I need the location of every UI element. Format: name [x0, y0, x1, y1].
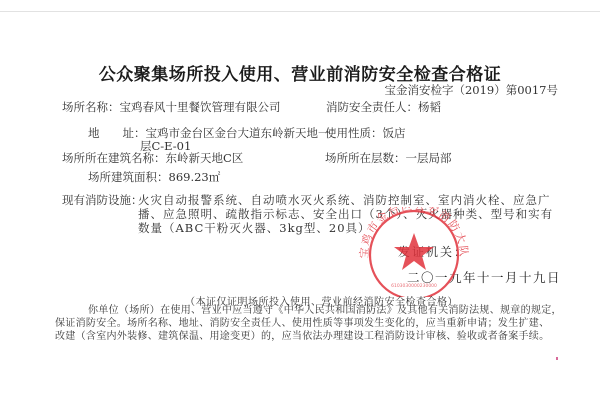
venue-name-label: 场所名称：: [62, 100, 120, 114]
document-number: 宝金消安检字（2019）第0017号: [384, 82, 558, 98]
floor-row: 场所所在层数：一层局部: [325, 150, 452, 166]
facilities-label: 现有消防设施：: [62, 193, 143, 207]
address-label: 地 址：: [88, 126, 146, 140]
svg-text:6103030000230000: 6103030000230000: [391, 283, 437, 289]
building-label: 场所所在建筑名称：: [62, 151, 166, 165]
scan-speck: [556, 357, 558, 360]
usage-label: 使用性质：: [325, 126, 383, 140]
area-value: 869.23㎡: [169, 170, 221, 184]
venue-name-row: 场所名称：宝鸡春风十里餐饮管理有限公司: [62, 99, 281, 115]
usage-row: 使用性质：饭店: [325, 125, 406, 141]
building-row: 场所所在建筑名称：东岭新天地C区: [62, 150, 243, 166]
notice-line-1: 你单位（场所）在使用、营业中应当遵守《中华人民共和国消防法》及其他有关消防法规、…: [55, 304, 575, 317]
official-seal-icon: 宝鸡市金台区公安消防大队 6103030000230000: [355, 207, 473, 297]
scan-edge-line: [0, 11, 600, 12]
building-value: 东岭新天地C区: [166, 151, 244, 165]
notice-paragraph: 你单位（场所）在使用、营业中应当遵守《中华人民共和国消防法》及其他有关消防法规、…: [55, 304, 575, 343]
venue-name-value: 宝鸡春风十里餐饮管理有限公司: [120, 100, 281, 114]
notice-line-2: 保证消防安全。场所名称、地址、消防安全责任人、使用性质等事项发生变化的，应当重新…: [55, 317, 575, 330]
usage-value: 饭店: [383, 126, 406, 140]
area-label: 场所建筑面积：: [88, 170, 169, 184]
facilities-value: 火灾自动报警系统、自动喷水灭火系统、消防控制室、室内消火栓、应急广播、应急照明、…: [138, 193, 558, 235]
notice-line-3: 改建（含室内外装修、建筑保温、用途变更）的，应当依法办理建设工程消防设计审核、验…: [55, 330, 575, 343]
safety-officer-row: 消防安全责任人：杨韬: [326, 99, 441, 115]
safety-officer-label: 消防安全责任人：: [326, 100, 418, 114]
area-row: 场所建筑面积：869.23㎡: [88, 169, 220, 185]
floor-value: 一层局部: [406, 151, 452, 165]
address-row: 地 址：宝鸡市金台区金台大道东岭新天地一: [88, 125, 330, 141]
floor-label: 场所所在层数：: [325, 151, 406, 165]
safety-officer-value: 杨韬: [418, 100, 441, 114]
